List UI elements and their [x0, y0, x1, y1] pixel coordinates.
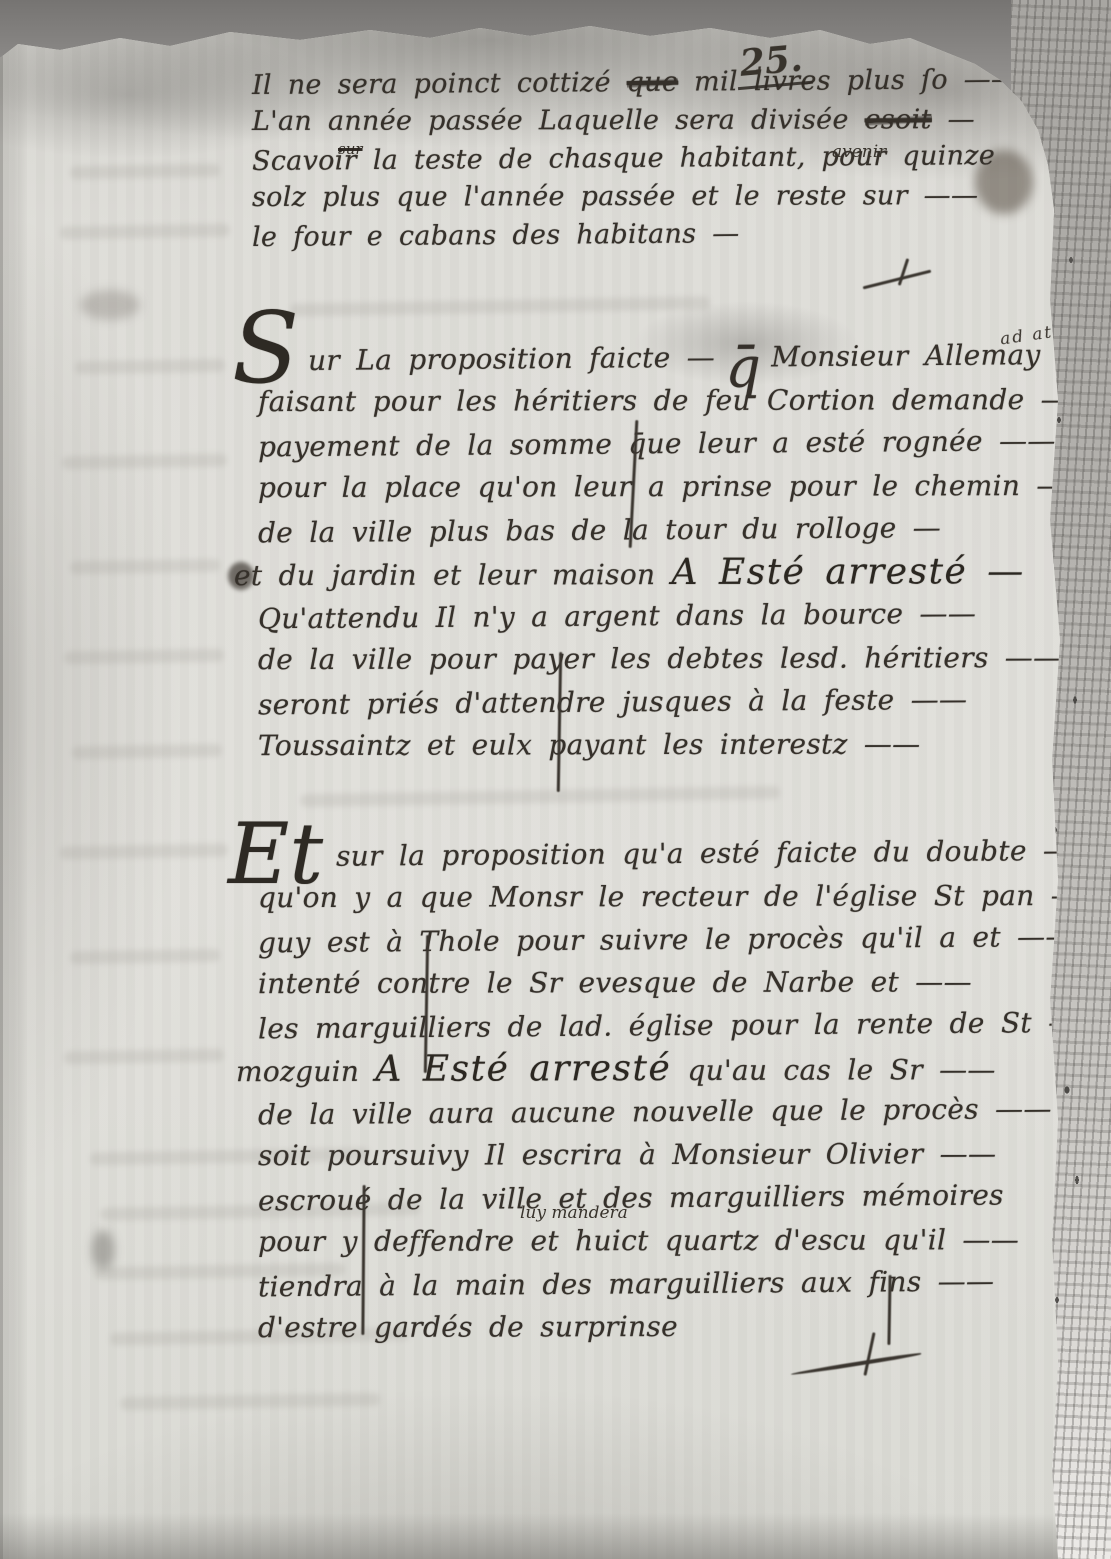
manuscript-line: payement de la somme q̄ue leur a esté ro… [258, 419, 1111, 469]
manuscript-line: tiendra à la main des marguilliers aux f… [258, 1259, 1108, 1309]
manuscript-line: seront priés d'attendre jusques à la fes… [258, 677, 1111, 727]
manuscript-line: de la ville pour payer les debtes lesd. … [258, 636, 1111, 681]
manuscript-line: Il ne sera poinct cottizé que mil livres… [252, 61, 1019, 105]
manuscript-line: escroué de la ville et des marguilliers … [258, 1173, 1108, 1223]
struck-word: que [627, 67, 679, 98]
bleedthrough-smudge [75, 359, 225, 375]
manuscript-line: les marguilliers de lad. église pour la … [258, 1001, 1108, 1051]
line-text: ur La proposition faicte — [308, 341, 715, 377]
bleedthrough-smudge [64, 649, 224, 665]
pen-flourish [863, 270, 932, 290]
emphasis-arrested: A Esté arresté [375, 1048, 671, 1090]
manuscript-line: de la ville aura aucune nouvelle que le … [258, 1087, 1108, 1137]
manuscript-line: L'an année passée Laquelle sera divisée … [252, 101, 1018, 141]
ink-stain [92, 1230, 114, 1270]
manuscript-line: et du jardin et leur maison A Esté arres… [234, 550, 1111, 595]
emphasis-arrested: A Esté arresté — [671, 551, 1024, 593]
manuscript-line: mozguin A Esté arresté qu'au cas le Sr —… [236, 1046, 1108, 1091]
bleedthrough-smudge [60, 224, 230, 240]
interlinear-word: avenir [832, 142, 886, 162]
bleedthrough-smudge [290, 296, 710, 316]
closing-flourish [790, 1352, 921, 1377]
manuscript-line: qu'on y a que Monsr le recteur de l'égli… [258, 874, 1108, 919]
bleedthrough-smudge [62, 454, 227, 470]
manuscript-line: sur la proposition qu'a esté faicte du d… [258, 829, 1108, 879]
interlinear-phrase: luy mandera [520, 1203, 628, 1223]
interlinear-struck-word: sur [338, 140, 363, 158]
paragraph-1: Il ne sera poinct cottizé que mil livres… [252, 64, 1018, 254]
bleedthrough-smudge [60, 844, 228, 860]
pen-flourish [898, 258, 910, 286]
manuscript-line: d'estre gardés de surprinse [258, 1304, 1108, 1349]
bleedthrough-smudge [300, 786, 780, 807]
bleedthrough-smudge [70, 949, 220, 965]
inserted-number: 25. [734, 37, 812, 90]
manuscript-line: intenté contre le Sr evesque de Narbe et… [258, 960, 1108, 1005]
bottom-edge-shadow [0, 1513, 1066, 1559]
manuscript-scan: Il ne sera poinct cottizé que mil livres… [0, 0, 1111, 1559]
line-text: et du jardin et leur maison [234, 558, 672, 592]
manuscript-line: ur La proposition faicte —q̄Monsieur All… [258, 333, 1111, 383]
bleedthrough-smudge [120, 1393, 380, 1411]
manuscript-line: Scavoir la teste de chasque habitant, po… [252, 137, 1019, 181]
manuscript-page: Il ne sera poinct cottizé que mil livres… [0, 0, 1066, 1559]
manuscript-line: faisant pour les héritiers de feu Cortio… [258, 378, 1111, 423]
bleedthrough-smudge [70, 164, 220, 180]
ink-stain [80, 290, 140, 320]
manuscript-line: solz plus que l'année passée et le reste… [252, 177, 1018, 217]
manuscript-line: Toussaintz et eulx payant les interestz … [258, 722, 1111, 767]
bleedthrough-smudge [70, 559, 220, 575]
manuscript-line: soit poursuivy Il escrira à Monsieur Oli… [258, 1132, 1108, 1177]
line-text: L'an année passée Laquelle sera divisée [252, 104, 865, 137]
manuscript-line: pour y deffendre et huict quartz d'escu … [258, 1218, 1108, 1263]
paragraph-2: ur La proposition faicte —q̄Monsieur All… [258, 336, 1111, 766]
paragraph-3: sur la proposition qu'a esté faicte du d… [258, 832, 1107, 1348]
line-text: Il ne sera poinct cottizé [252, 67, 627, 101]
line-text: — [948, 104, 975, 135]
bleedthrough-smudge [72, 744, 222, 760]
manuscript-line: le four e cabans des habitans — [252, 213, 1019, 257]
line-text: qu'au cas le Sr —— [671, 1053, 996, 1087]
line-text: mozguin [236, 1055, 375, 1088]
manuscript-line: pour la place qu'on leur a prinse pour l… [258, 464, 1111, 509]
bleedthrough-smudge [64, 1049, 224, 1065]
line-text: mil livres plus ſo —— [678, 64, 1018, 98]
manuscript-line: de la ville plus bas de la tour du rollo… [258, 505, 1111, 555]
struck-word: esoit [865, 104, 932, 135]
manuscript-line: guy est à Thole pour suivre le procès qu… [258, 915, 1108, 965]
manuscript-line: Qu'attendu Il n'y a argent dans la bourc… [258, 591, 1111, 641]
